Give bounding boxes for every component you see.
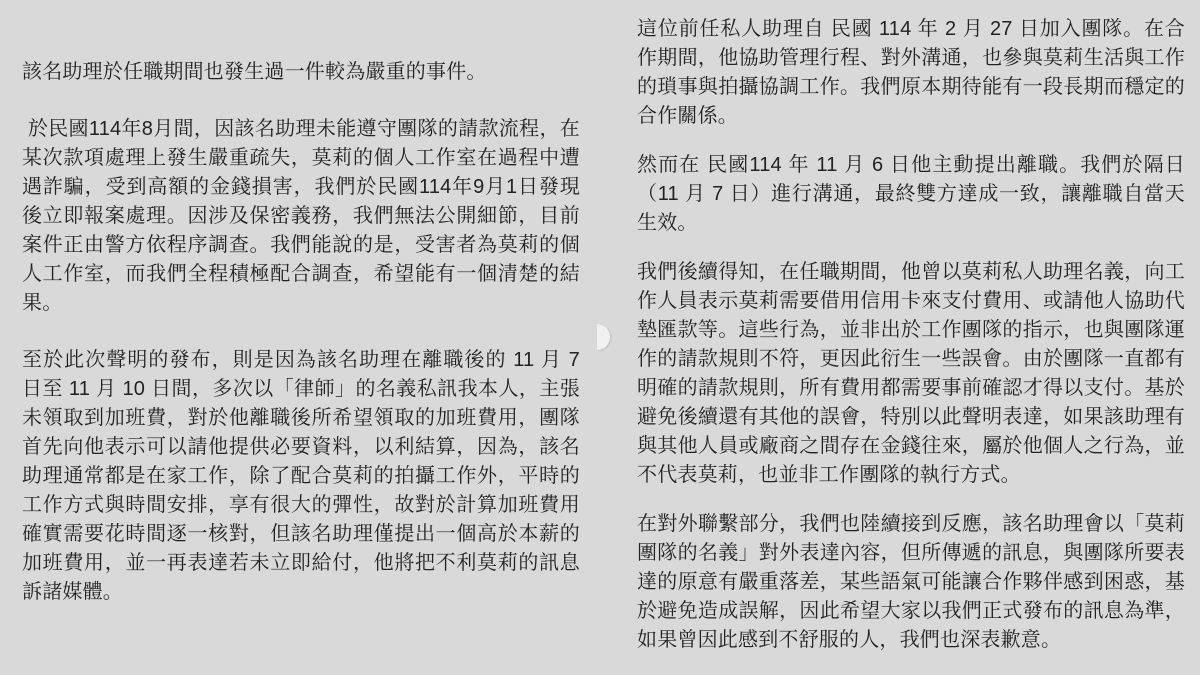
paragraph-external-communication: 在對外聯繫部分，我們也陸續接到反應，該名助理會以「莫莉團隊的名義」對外表達內容，… — [637, 510, 1185, 655]
page-flip-handle[interactable] — [597, 324, 610, 350]
statement-page-left: 該名助理於任職期間也發生過一件較為嚴重的事件。 於民國114年8月間，因該名助理… — [22, 58, 580, 607]
paragraph-resignation: 然而在 民國114 年 11 月 6 日他主動提出離職。我們於隔日（11 月 7… — [637, 151, 1185, 238]
paragraph-fraud-case: 於民國114年8月間，因該名助理未能遵守團隊的請款流程，在某次款項處理上發生嚴重… — [22, 115, 580, 318]
statement-document: 該名助理於任職期間也發生過一件較為嚴重的事件。 於民國114年8月間，因該名助理… — [0, 0, 1200, 675]
paragraph-overtime-dispute: 至於此次聲明的發布，則是因為該名助理在離職後的 11 月 7 日至 11 月 1… — [22, 346, 580, 607]
paragraph-credit-card-claims: 我們後續得知，在任職期間，他曾以莫莉私人助理名義，向工作人員表示莫莉需要借用信用… — [637, 258, 1185, 490]
paragraph-assistant-joined: 這位前任私人助理自 民國 114 年 2 月 27 日加入團隊。在合作期間，他協… — [637, 15, 1185, 131]
paragraph-incident-intro: 該名助理於任職期間也發生過一件較為嚴重的事件。 — [22, 58, 580, 87]
statement-page-right: 這位前任私人助理自 民國 114 年 2 月 27 日加入團隊。在合作期間，他協… — [637, 15, 1185, 655]
